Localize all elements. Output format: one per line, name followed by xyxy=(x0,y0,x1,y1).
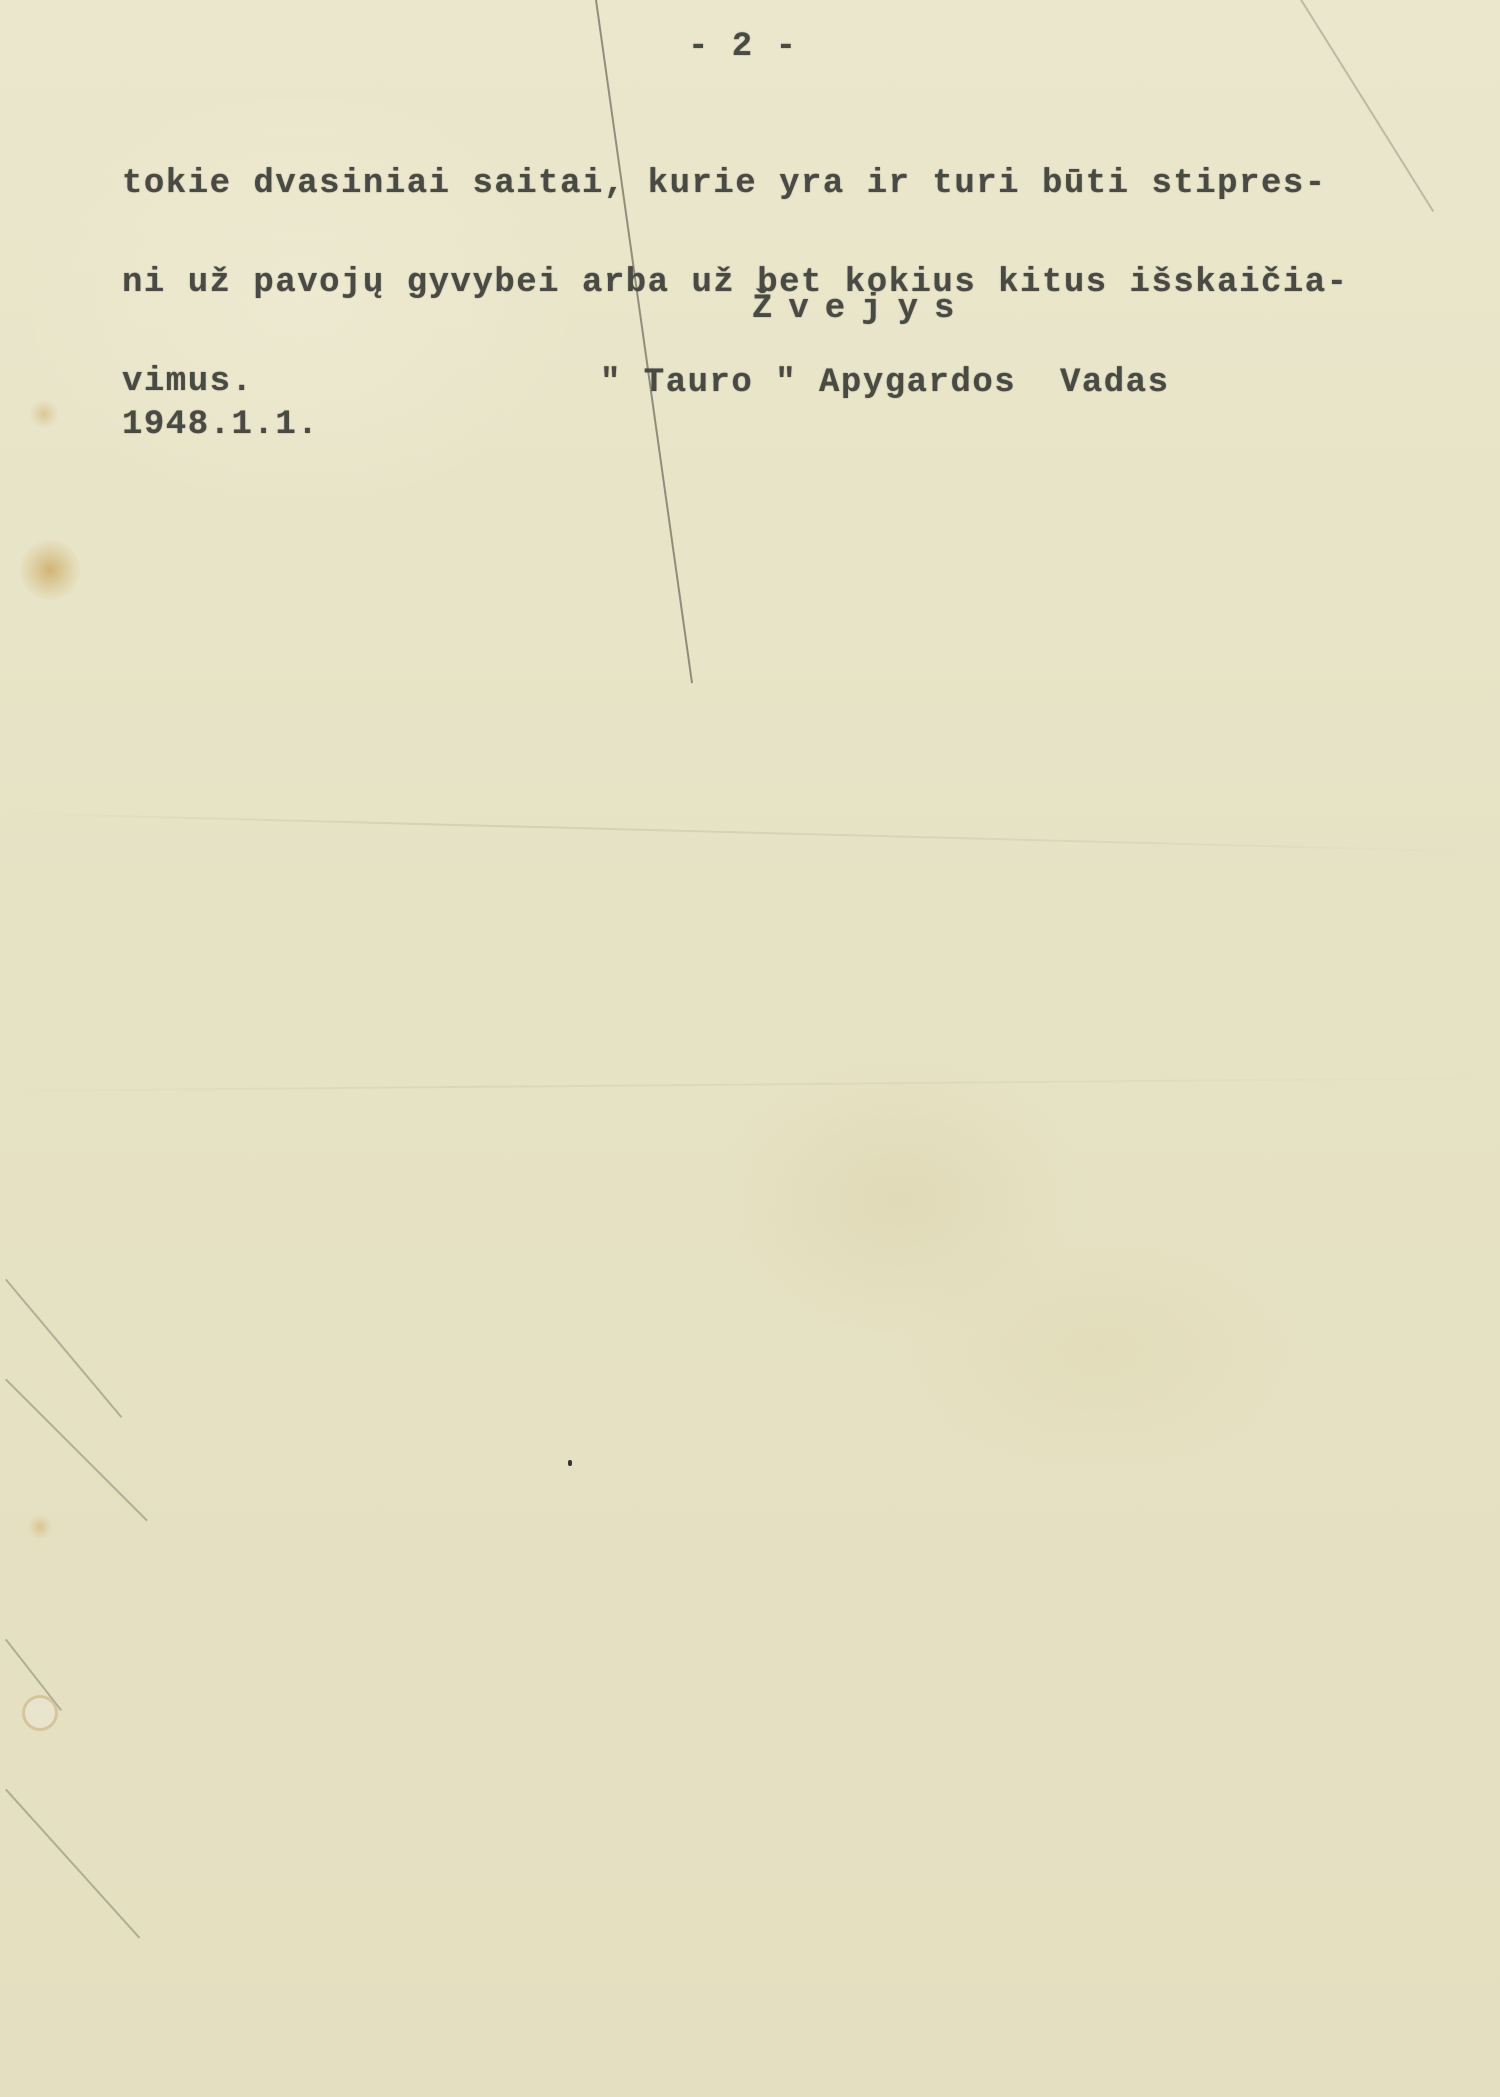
rust-stain xyxy=(28,1515,52,1539)
signature-name: Žvejys xyxy=(752,290,970,328)
rust-stain xyxy=(20,540,80,600)
body-line: ni už pavojų gyvybei arba už bet kokius … xyxy=(122,267,1349,300)
page-number: - 2 - xyxy=(688,28,798,66)
body-line: tokie dvasiniai saitai, kurie yra ir tur… xyxy=(122,168,1349,201)
signature-title: " Tauro " Apygardos Vadas xyxy=(600,364,1170,402)
punch-hole xyxy=(22,1695,58,1731)
ink-speck xyxy=(568,1460,572,1466)
document-date: 1948.1.1. xyxy=(122,406,319,444)
rust-stain xyxy=(30,400,58,428)
